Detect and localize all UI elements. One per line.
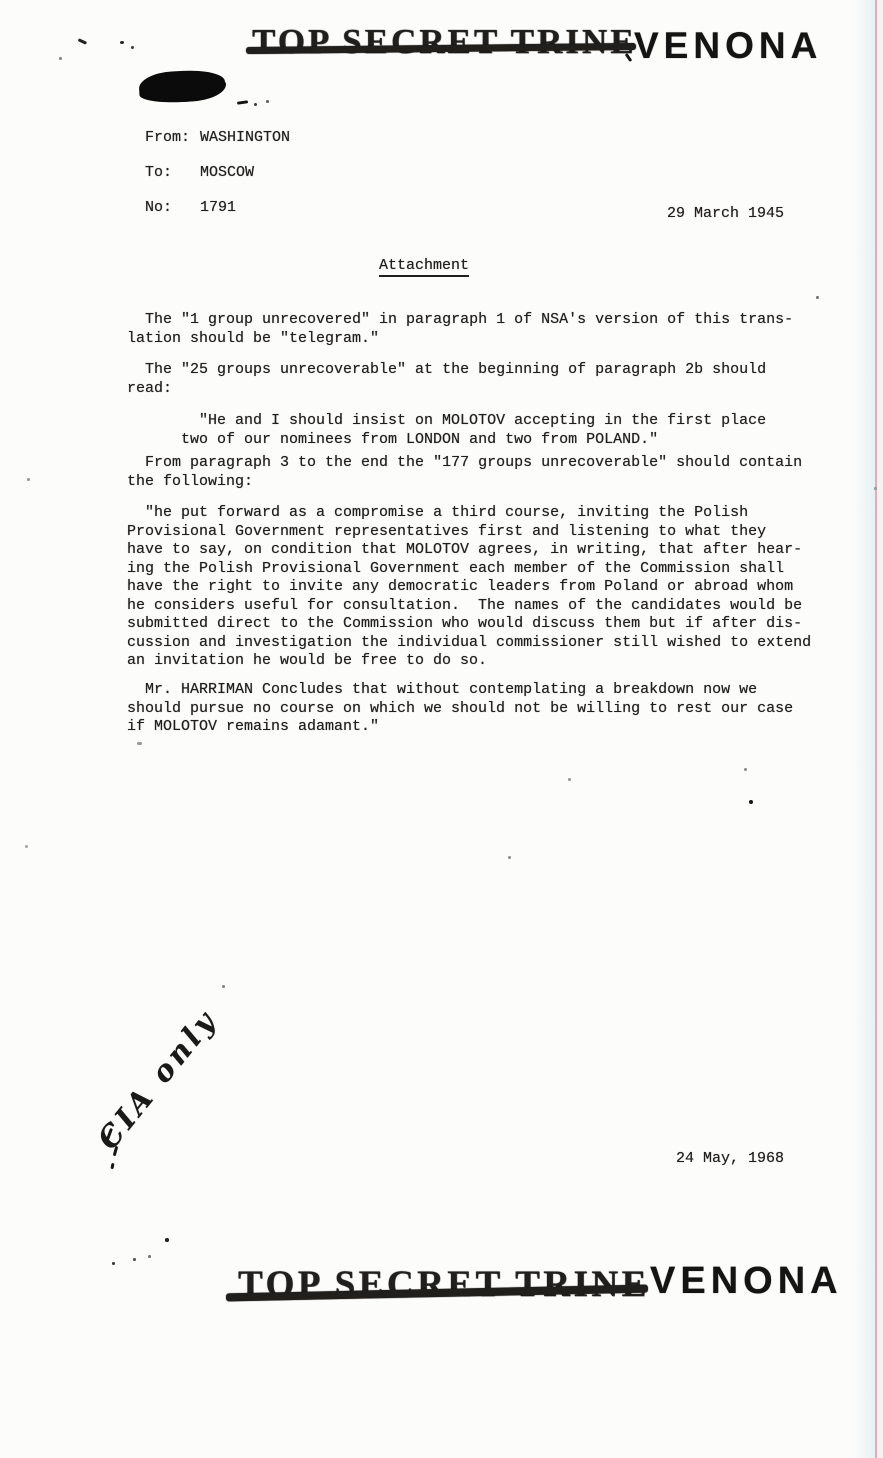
header-no-row: No:1791 [145,199,236,218]
header-from-row: From:WASHINGTON [145,129,290,148]
body-paragraph-3: From paragraph 3 to the end the "177 gro… [127,454,827,491]
venona-text-top: VENONA [634,25,822,66]
body-paragraph-2: The "25 groups unrecoverable" at the beg… [127,361,827,398]
body-paragraph-4: Mr. HARRIMAN Concludes that without cont… [127,681,827,737]
scan-edge-pink [877,0,883,1458]
top-classification-banner: TOP SECRET TRINE [252,22,637,62]
header-to-row: To:MOSCOW [145,164,254,183]
ledger-margin-line [875,0,877,1458]
attachment-title-text: Attachment [379,257,469,277]
no-value: 1791 [200,199,236,216]
pen-dash-mark [237,100,248,104]
attachment-title: Attachment [379,257,469,276]
venona-stamp-bottom: VENONA [650,1260,843,1303]
body-paragraph-1: The "1 group unrecovered" in paragraph 1… [127,311,827,348]
message-date: 29 March 1945 [667,205,784,224]
classification-text-top: TOP SECRET TRINE [252,22,637,61]
handwritten-tick-3 [110,1163,114,1169]
venona-stamp-top: VENONA [634,25,822,67]
venona-text-bottom: VENONA [650,1260,843,1302]
from-value: WASHINGTON [200,129,290,146]
no-label: No: [145,199,200,218]
document-page: TOP SECRET TRINE VENONA From:WASHINGTON … [0,0,883,1458]
redaction-block [138,69,225,102]
body-quote-1: "He and I should insist on MOLOTOV accep… [127,412,827,449]
release-date: 24 May, 1968 [676,1150,784,1169]
body-quote-2: "he put forward as a compromise a third … [127,504,837,671]
scan-edge-tint [853,0,875,1458]
from-label: From: [145,129,200,148]
to-label: To: [145,164,200,183]
to-value: MOSCOW [200,164,254,181]
